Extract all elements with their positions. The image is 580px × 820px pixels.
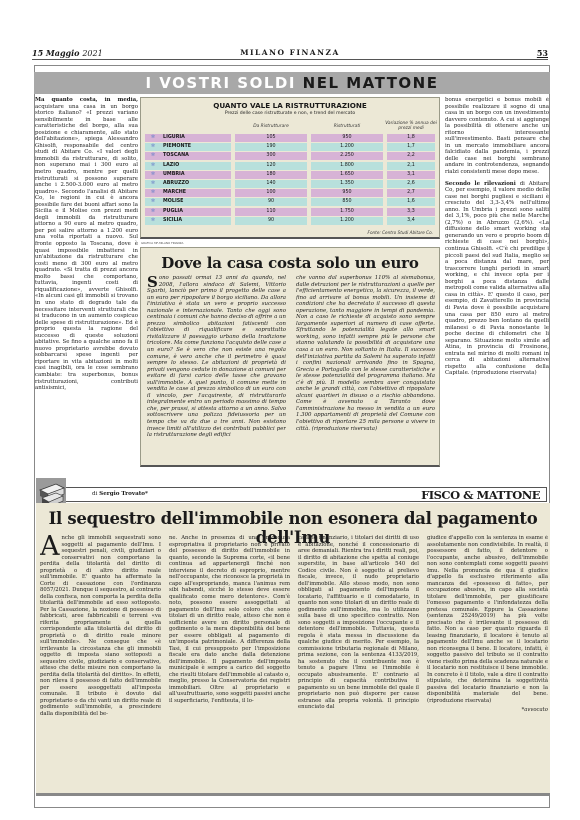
fisco-col-3: catario finanziario, i titolari dei diri…	[298, 535, 419, 791]
bullet-icon: ✻	[151, 172, 155, 177]
box-article-col-2: che vanno dal superbonus 110% al sismabo…	[296, 275, 435, 465]
section-label-light: I VOSTRI SOLDI	[146, 74, 296, 92]
dropcap: S	[147, 276, 158, 288]
value-ristrutturati: 850	[311, 198, 383, 206]
right-article-body-2: di Abitare Co, per esempio, il valore me…	[445, 181, 549, 377]
value-variazione: 2,1	[387, 162, 435, 170]
value-ristrutturati: 1.200	[311, 217, 383, 225]
value-da-ristrutturare: 140	[235, 180, 307, 188]
table-row: ✻SICILIA 90 1.200 3,4	[145, 217, 435, 226]
bullet-icon: ✻	[151, 199, 155, 204]
value-variazione: 3,4	[387, 217, 435, 225]
table-row: ✻UMBRIA 180 1.650 3,1	[145, 171, 435, 180]
table-row: ✻MOLISE 90 850 1,6	[145, 198, 435, 207]
region-name: SICILIA	[163, 218, 182, 223]
value-da-ristrutturare: 90	[235, 198, 307, 206]
value-variazione: 1,6	[387, 198, 435, 206]
author-name: Sergio Trovato*	[99, 491, 148, 497]
bullet-icon: ✻	[151, 153, 155, 158]
chart-subtitle: Prezzi delle case ristrutturate e non, e…	[141, 111, 439, 116]
left-article-column: Ma quanto costa, in media, acquistare un…	[35, 97, 138, 479]
region-name: UMBRIA	[163, 172, 185, 177]
header-da-ristrutturare: Da Ristrutturare	[235, 124, 307, 129]
value-variazione: 1,8	[387, 134, 435, 142]
region-name: MOLISE	[163, 199, 183, 204]
bullet-icon: ✻	[151, 181, 155, 186]
region-name: LIGURIA	[163, 135, 185, 140]
fisco-header-strip: di Sergio Trovato* FISCO & MATTONE	[39, 487, 547, 502]
chart-column-headers: Da Ristrutturare Ristrutturati Variazion…	[141, 120, 441, 132]
box-article-col-1: Sono passati ormai 13 anni da quando, ne…	[147, 275, 286, 465]
chart-title: QUANTO VALE LA RISTRUTTURAZIONE	[141, 101, 439, 110]
region-name: MARCHE	[163, 190, 186, 195]
region-name: PUGLIA	[163, 209, 183, 214]
author-signature: *avvocato	[427, 707, 548, 714]
table-row: ✻PIEMONTE 190 1.200 1,7	[145, 143, 435, 152]
section-label-dark: NEL MATTONE	[303, 74, 439, 92]
table-row: ✻TOSCANA 300 2.250 2,2	[145, 152, 435, 161]
chart-source: Fonte: Centro Studi Abitare Co.	[368, 230, 433, 235]
value-variazione: 2,6	[387, 180, 435, 188]
bullet-icon: ✻	[151, 190, 155, 195]
table-row: ✻LAZIO 120 1.800 2,1	[145, 162, 435, 171]
header-ristrutturati: Ristrutturati	[311, 124, 383, 129]
region-name: TOSCANA	[163, 153, 189, 158]
bullet-icon: ✻	[151, 218, 155, 223]
right-article-column: bonus energetici e bonus mobili è possib…	[445, 97, 549, 479]
value-da-ristrutturare: 105	[235, 134, 307, 142]
value-ristrutturati: 1.800	[311, 162, 383, 170]
table-row: ✻ABRUZZO 140 1.350 2,6	[145, 180, 435, 189]
fisco-article: Il sequestro dell'immobile non esonera d…	[36, 503, 550, 796]
value-variazione: 2,2	[387, 152, 435, 160]
value-ristrutturati: 1.750	[311, 208, 383, 216]
bullet-icon: ✻	[151, 163, 155, 168]
bullet-icon: ✻	[151, 144, 155, 149]
value-variazione: 2,7	[387, 189, 435, 197]
bullet-icon: ✻	[151, 135, 155, 140]
value-variazione: 3,1	[387, 171, 435, 179]
box-article-title: Dove la casa costa solo un euro	[141, 254, 439, 272]
right-article-lead: Secondo le rilevazioni	[445, 181, 516, 187]
value-ristrutturati: 950	[311, 134, 383, 142]
section-header: I VOSTRI SOLDI NEL MATTONE	[34, 72, 550, 94]
right-article-body-1: bonus energetici e bonus mobili è possib…	[445, 97, 549, 175]
masthead: 15 Maggio 2021 MILANO FINANZA 53	[32, 46, 548, 60]
table-row: ✻PUGLIA 110 1.750 3,3	[145, 208, 435, 217]
table-row: ✻MARCHE 100 950 2,7	[145, 189, 435, 198]
value-ristrutturati: 2.250	[311, 152, 383, 160]
fisco-col-2: ne. Anche in presenza di una procedura e…	[169, 535, 290, 791]
value-ristrutturati: 950	[311, 189, 383, 197]
fisco-text-1: nche gli immobili sequestrati sono sogge…	[40, 535, 161, 717]
byline: di Sergio Trovato*	[92, 491, 148, 497]
value-da-ristrutturare: 90	[235, 217, 307, 225]
value-da-ristrutturare: 100	[235, 189, 307, 197]
region-name: PIEMONTE	[163, 144, 191, 149]
region-name: LAZIO	[163, 163, 179, 168]
table-row: ✻LIGURIA 105 950 1,8	[145, 134, 435, 143]
value-da-ristrutturare: 190	[235, 143, 307, 151]
box-article-text-1: ono passati ormai 13 anni da quando, nel…	[147, 275, 286, 438]
bullet-icon: ✻	[151, 209, 155, 214]
price-table-chart: QUANTO VALE LA RISTRUTTURAZIONE Prezzi d…	[140, 97, 440, 239]
box-article-columns: Sono passati ormai 13 anni da quando, ne…	[147, 275, 435, 465]
value-da-ristrutturare: 110	[235, 208, 307, 216]
left-article-body: acquistare una casa in un borgo storico …	[35, 104, 138, 392]
fisco-text-4: giudice d'appello con la sentenza in esa…	[427, 535, 548, 704]
header-variazione: Variazione % annua dei prezzi medi	[385, 121, 437, 131]
left-article-lead: Ma quanto costa, in media,	[35, 97, 138, 103]
fisco-col-1: Anche gli immobili sequestrati sono sogg…	[40, 535, 161, 791]
value-da-ristrutturare: 120	[235, 162, 307, 170]
chart-rows: ✻LIGURIA 105 950 1,8 ✻PIEMONTE 190 1.200…	[145, 134, 435, 226]
publication-name: MILANO FINANZA	[32, 48, 548, 57]
byline-prefix: di	[92, 491, 97, 497]
value-variazione: 1,7	[387, 143, 435, 151]
sidebar-article-box: Dove la casa costa solo un euro Sono pas…	[140, 247, 440, 467]
value-ristrutturati: 1.200	[311, 143, 383, 151]
value-da-ristrutturare: 300	[235, 152, 307, 160]
value-ristrutturati: 1.350	[311, 180, 383, 188]
value-variazione: 3,3	[387, 208, 435, 216]
dropcap: A	[40, 536, 60, 558]
column-label: FISCO & MATTONE	[421, 488, 540, 502]
value-ristrutturati: 1.650	[311, 171, 383, 179]
fisco-col-4: giudice d'appello con la sentenza in esa…	[427, 535, 548, 791]
region-name: ABRUZZO	[163, 181, 189, 186]
chart-credit: GRAFICA MF-MILANO FINANZA	[141, 241, 183, 245]
value-da-ristrutturare: 180	[235, 171, 307, 179]
page-number: 53	[537, 48, 548, 58]
fisco-article-columns: Anche gli immobili sequestrati sono sogg…	[40, 535, 548, 793]
